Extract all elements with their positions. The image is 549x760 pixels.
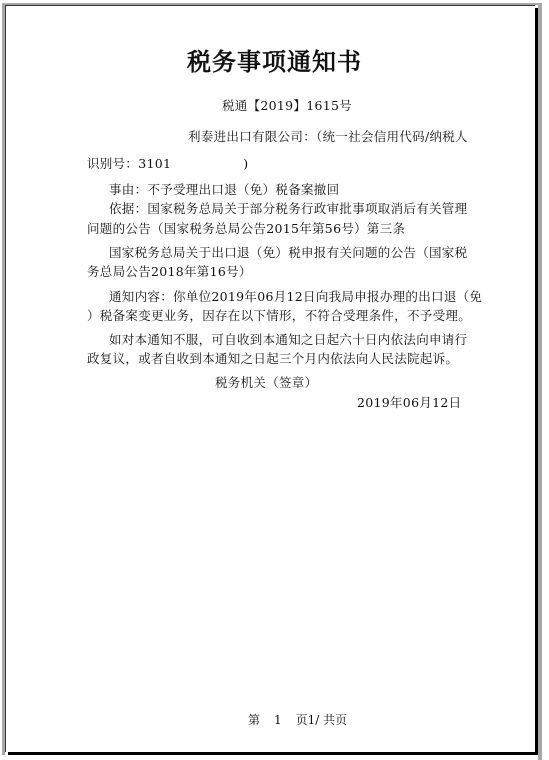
- signature-label: 税务机关（签章）: [215, 373, 317, 391]
- page-shadow-bottom: [8, 752, 538, 755]
- page-shadow-right: [535, 8, 538, 755]
- basis-line-2: 问题的公告（国家税务总局公告2015年第56号）第三条: [87, 219, 405, 237]
- addressee-line-2: 识别号：3101): [87, 154, 248, 172]
- document-viewer: 税务事项通知书 税通【2019】1615号 利泰进出口有限公司：（统一社会信用代…: [0, 0, 549, 760]
- announcement-line-2: 务总局公告2018年第16号）: [87, 262, 252, 280]
- addressee-line-1: 利泰进出口有限公司：（统一社会信用代码/纳税人: [188, 127, 468, 145]
- taxpayer-id-suffix: ): [243, 156, 248, 171]
- taxpayer-id-prefix: 识别号：3101: [87, 156, 171, 171]
- page-number: 1: [274, 713, 282, 727]
- appeal-line-2: 政复议，或者自收到本通知之日起三个月内依法向人民法院起诉。: [87, 349, 458, 367]
- reason-text: 事由：不予受理出口退（免）税备案撤回: [109, 180, 339, 198]
- page-edge-right: [538, 3, 542, 760]
- page-suffix: 页1/ 共页: [296, 711, 348, 728]
- page-prefix: 第: [248, 711, 260, 728]
- basis-line-1: 依据：国家税务总局关于部分税务行政审批事项取消后有关管理: [109, 199, 467, 217]
- notice-content-line-2: ）税备案变更业务，因存在以下情形，不符合受理条件，不予受理。: [87, 306, 471, 324]
- page-footer: 第1页1/ 共页: [248, 711, 347, 728]
- issue-date: 2019年06月12日: [357, 393, 461, 411]
- announcement-line-1: 国家税务总局关于出口退（免）税申报有关问题的公告（国家税: [109, 243, 467, 261]
- notice-content-line-1: 通知内容：你单位2019年06月12日向我局申报办理的出口退（免: [109, 287, 482, 305]
- document-number: 税通【2019】1615号: [222, 96, 352, 114]
- page-title: 税务事项通知书: [0, 42, 549, 77]
- appeal-line-1: 如对本通知不服，可自收到本通知之日起六十日内依法向申请行: [109, 330, 467, 348]
